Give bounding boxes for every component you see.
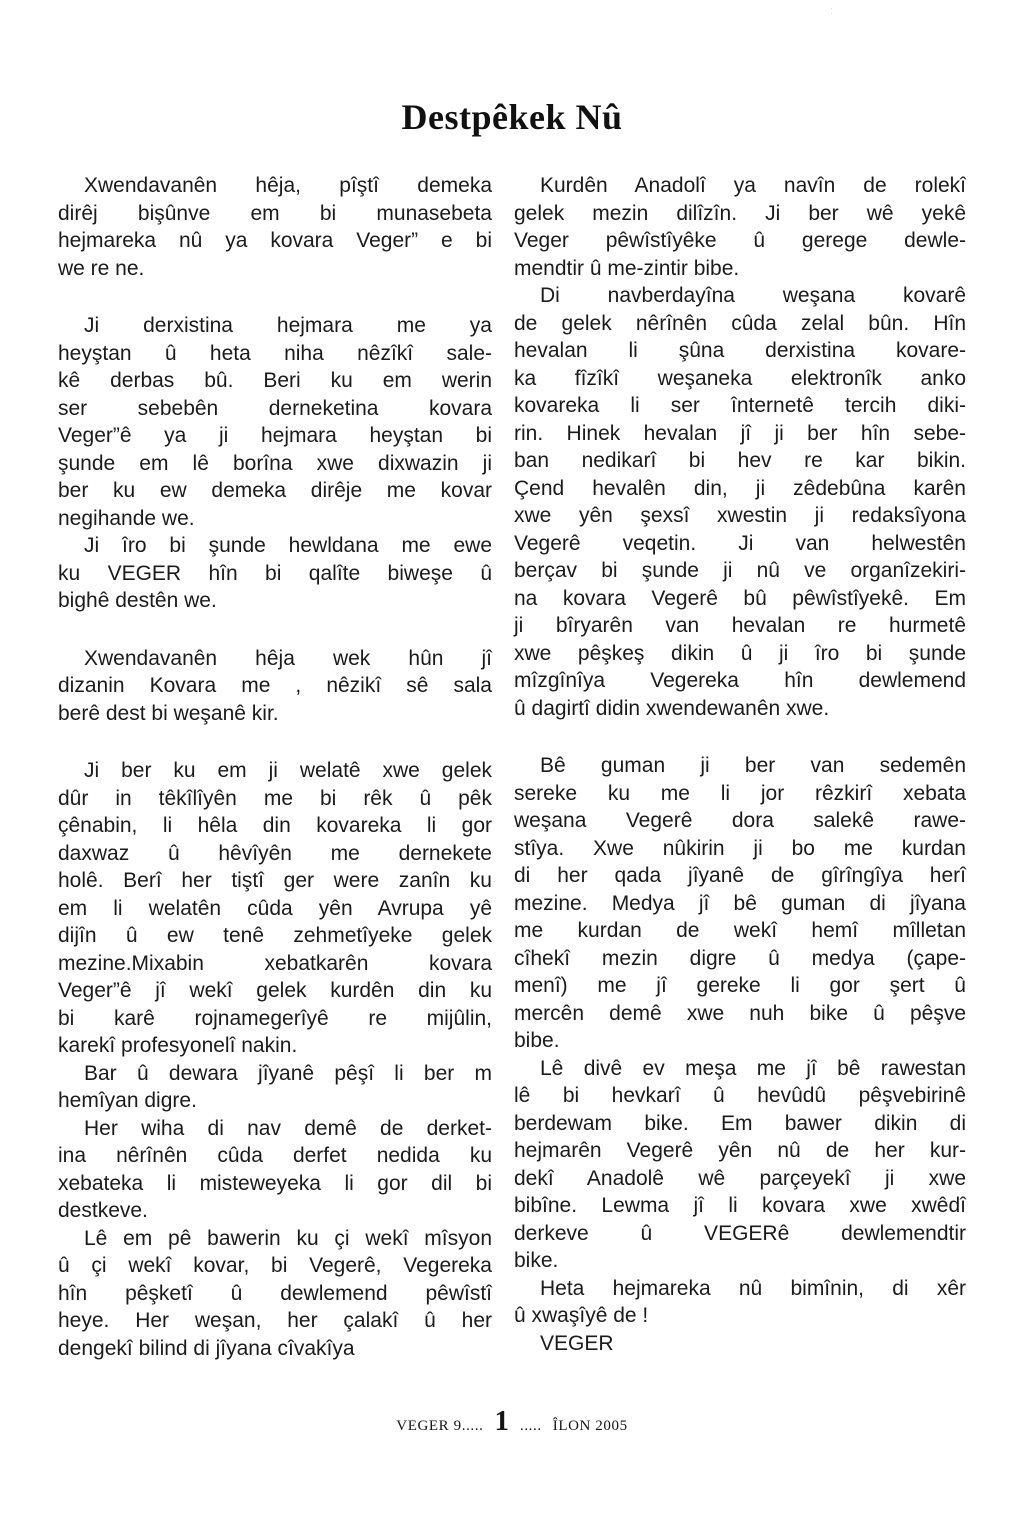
text-line: daxwaz û hêvîyên me dernekete	[58, 840, 492, 868]
paragraph: Bar û dewara jîyanê pêşî li ber mhemîyan…	[58, 1060, 492, 1115]
paragraph: Xwendavanên hêja, pîştî demekadirêj bişû…	[58, 172, 492, 282]
text-line: dûr in têkîlîyên me bi rêk û pêk	[58, 785, 492, 813]
text-line: dijîn û ew tenê zehmetîyeke gelek	[58, 922, 492, 950]
paragraph: Bê guman ji ber van sedemênsereke ku me …	[514, 752, 966, 1055]
text-line: hîn pêşketî û dewlemend pêwîstî	[58, 1280, 492, 1308]
text-line: û çi wekî kovar, bi Vegerê, Vegereka	[58, 1252, 492, 1280]
text-line: Kurdên Anadolî ya navîn de rolekî	[514, 172, 966, 200]
text-line: me kurdan de wekî hemî mîlletan	[514, 917, 966, 945]
text-line: kê derbas bû. Beri ku em werin	[58, 367, 492, 395]
text-line: Çend hevalên din, ji zêdebûna karên	[514, 475, 966, 503]
text-line: de gelek nêrînên cûda zelal bûn. Hîn	[514, 310, 966, 338]
text-line: Bê guman ji ber van sedemên	[514, 752, 966, 780]
paragraph: Lê em pê bawerin ku çi wekî mîsyonû çi w…	[58, 1225, 492, 1363]
text-line: Di navberdayîna weşana kovarê	[514, 282, 966, 310]
text-line: xwe pêşkeş dikin û ji îro bi şunde	[514, 640, 966, 668]
text-line: ji bîryarên van hevalan re hurmetê	[514, 612, 966, 640]
text-line: Xwendavanên hêja, pîştî demeka	[58, 172, 492, 200]
text-line: berçav bi şunde ji nû ve organîzekiri-	[514, 557, 966, 585]
text-line: dizanin Kovara me , nêzikî sê sala	[58, 672, 492, 700]
paragraph: VEGER	[514, 1330, 966, 1358]
text-line: lê bi hevkarî û hevûdû pêşvebirinê	[514, 1082, 966, 1110]
text-line: Her wiha di nav demê de derket-	[58, 1115, 492, 1143]
text-line: heye. Her weşan, her çalakî û her	[58, 1307, 492, 1335]
text-line: mezine.Mixabin xebatkarên kovara	[58, 950, 492, 978]
text-line: ina nêrînên cûda derfet nedida ku	[58, 1142, 492, 1170]
text-line: heyştan û heta niha nêzîkî sale-	[58, 340, 492, 368]
text-line: di her qada jîyanê de gîrîngîya herî	[514, 862, 966, 890]
text-line: holê. Berî her tiştî ger were zanîn ku	[58, 867, 492, 895]
text-line: mîzgînîya Vegereka hîn dewlemend	[514, 667, 966, 695]
paragraph: Kurdên Anadolî ya navîn de rolekîgelek m…	[514, 172, 966, 282]
text-line: negihande we.	[58, 505, 492, 533]
text-line: em li welatên cûda yên Avrupa yê	[58, 895, 492, 923]
text-line: Ji derxistina hejmara me ya	[58, 312, 492, 340]
text-line: ser sebebên derneketina kovara	[58, 395, 492, 423]
text-line: Ji ber ku em ji welatê xwe gelek	[58, 757, 492, 785]
text-line: karekî profesyonelî nakin.	[58, 1032, 492, 1060]
text-line: xebateka li misteweyeka li gor dil bi	[58, 1170, 492, 1198]
text-line: bighê destên we.	[58, 587, 492, 615]
text-line: Heta hejmareka nû bimînin, di xêr	[514, 1275, 966, 1303]
text-line: bike.	[514, 1247, 966, 1275]
paragraph: Xwendavanên hêja wek hûn jîdizanin Kovar…	[58, 645, 492, 728]
text-line: mendtir û me-zintir bibe.	[514, 255, 966, 283]
footer-issue-label: VEGER 9.....	[396, 1418, 483, 1435]
text-line: Vegerê veqetin. Ji van helwestên	[514, 530, 966, 558]
text-line: xwe yên şexsî xwestin ji redaksîyona	[514, 502, 966, 530]
paragraph: Di navberdayîna weşana kovarêde gelek nê…	[514, 282, 966, 722]
text-line: gelek mezin dilîzîn. Ji ber wê yekê	[514, 200, 966, 228]
text-line: û xwaşîyê de !	[514, 1302, 966, 1330]
text-line: kovareka li ser înternetê tercih diki-	[514, 392, 966, 420]
paragraph: Lê divê ev meşa me jî bê rawestanlê bi h…	[514, 1055, 966, 1275]
text-line: VEGER	[514, 1330, 966, 1358]
text-line: dengekî bilind di jîyana cîvakîya	[58, 1335, 492, 1363]
text-line: dirêj bişûnve em bi munasebeta	[58, 200, 492, 228]
text-line: weşana Vegerê dora salekê rawe-	[514, 807, 966, 835]
text-line: şunde em lê borîna xwe dixwazin ji	[58, 450, 492, 478]
text-line: na kovara Vegerê bû pêwîstîyekê. Em	[514, 585, 966, 613]
text-line: hejmareka nû ya kovara Veger” e bi	[58, 227, 492, 255]
page-footer: VEGER 9..... 1 ..... ÎLON 2005	[0, 1405, 1024, 1438]
text-line: bibîne. Lewma jî li kovara xwe xwêdî	[514, 1192, 966, 1220]
text-line: Veger pêwîstîyêke û gerege dewle-	[514, 227, 966, 255]
text-line: menî) me jî gereke li gor şert û	[514, 972, 966, 1000]
paragraph: Ji îro bi şunde hewldana me eweku VEGER …	[58, 532, 492, 615]
text-line: ban nedikarî bi hev re kar bikin.	[514, 447, 966, 475]
text-line: we re ne.	[58, 255, 492, 283]
text-line: hejmarên Vegerê yên nû de her kur-	[514, 1137, 966, 1165]
scan-artifact: :	[830, 6, 833, 17]
text-line: Xwendavanên hêja wek hûn jî	[58, 645, 492, 673]
paragraph: Ji derxistina hejmara me yaheyştan û het…	[58, 312, 492, 532]
text-line: ka fîzîkî weşaneka elektronîk anko	[514, 365, 966, 393]
text-line: mercên demê xwe nuh bike û pêşve	[514, 1000, 966, 1028]
paragraph: Her wiha di nav demê de derket-ina nêrîn…	[58, 1115, 492, 1225]
text-line: Bar û dewara jîyanê pêşî li ber m	[58, 1060, 492, 1088]
footer-dots: .....	[520, 1418, 542, 1435]
text-line: û dagirtî didin xwendewanên xwe.	[514, 695, 966, 723]
text-line: dekî Anadolê wê parçeyekî ji xwe	[514, 1165, 966, 1193]
text-line: sereke ku me li jor rêzkirî xebata	[514, 780, 966, 808]
left-column: Xwendavanên hêja, pîştî demekadirêj bişû…	[58, 172, 492, 1362]
text-line: hemîyan digre.	[58, 1087, 492, 1115]
text-line: çênabin, li hêla din kovareka li gor	[58, 812, 492, 840]
paragraph: Heta hejmareka nû bimînin, di xêrû xwaşî…	[514, 1275, 966, 1330]
page-title: Destpêkek Nû	[0, 96, 1024, 138]
text-line: stîya. Xwe nûkirin ji bo me kurdan	[514, 835, 966, 863]
text-line: berdewam bike. Em bawer dikin di	[514, 1110, 966, 1138]
text-line: Veger”ê jî wekî gelek kurdên din ku	[58, 977, 492, 1005]
text-line: Ji îro bi şunde hewldana me ewe	[58, 532, 492, 560]
text-line: destkeve.	[58, 1197, 492, 1225]
text-line: Lê em pê bawerin ku çi wekî mîsyon	[58, 1225, 492, 1253]
text-line: berê dest bi weşanê kir.	[58, 700, 492, 728]
text-line: rin. Hinek hevalan jî ji ber hîn sebe-	[514, 420, 966, 448]
text-line: ku VEGER hîn bi qalîte biweşe û	[58, 560, 492, 588]
footer-date: ÎLON 2005	[553, 1418, 628, 1435]
text-line: Veger”ê ya ji hejmara heyştan bi	[58, 422, 492, 450]
footer-page-number: 1	[494, 1405, 509, 1438]
text-line: derkeve û VEGERê dewlemendtir	[514, 1220, 966, 1248]
text-line: cîhekî mezin digre û medya (çape-	[514, 945, 966, 973]
text-line: bi karê rojnamegerîyê re mijûlin,	[58, 1005, 492, 1033]
text-line: bibe.	[514, 1027, 966, 1055]
paragraph: Ji ber ku em ji welatê xwe gelekdûr in t…	[58, 757, 492, 1060]
text-line: mezine. Medya jî bê guman di jîyana	[514, 890, 966, 918]
text-line: hevalan li şûna derxistina kovare-	[514, 337, 966, 365]
right-column: Kurdên Anadolî ya navîn de rolekîgelek m…	[514, 172, 966, 1357]
text-line: ber ku ew demeka dirêje me kovar	[58, 477, 492, 505]
text-line: Lê divê ev meşa me jî bê rawestan	[514, 1055, 966, 1083]
